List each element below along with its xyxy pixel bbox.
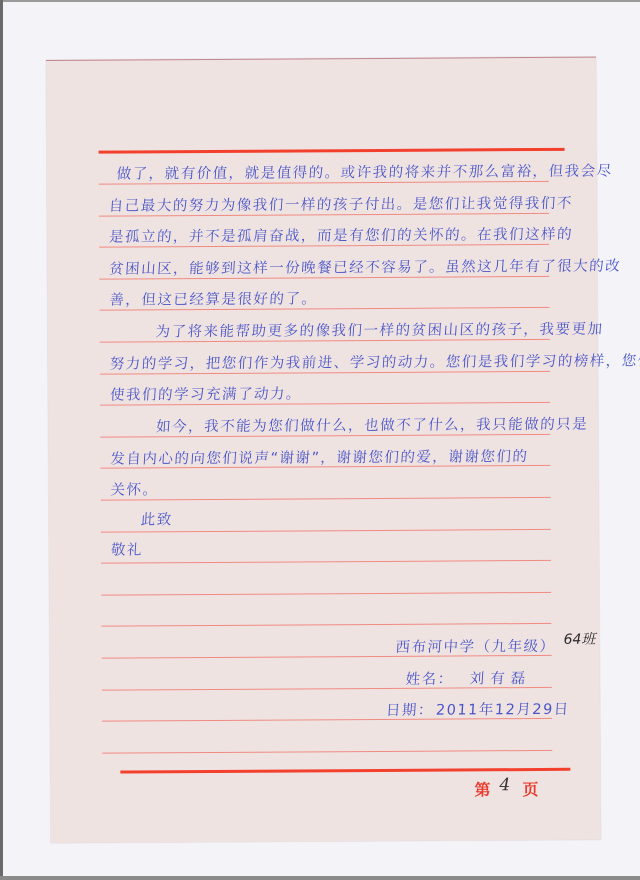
ruled-line [101,623,551,627]
letter-line-10: 发自内心的向您们说声“谢谢”，谢谢您们的爱，谢谢您们的 [110,445,529,469]
letter-line-9: 如今，我不能为您们做什么，也做不了什么，我只能做的只是 [156,413,589,437]
signature-date-label: 日期： [385,699,434,720]
signature-class-note: 64班 [563,629,595,649]
letter-line-6: 为了将来能帮助更多的像我们一样的贫困山区的孩子，我要更加 [155,318,604,342]
letter-line-8: 使我们的学习充满了动力。 [109,382,302,404]
closing-regards: 敬礼 [110,538,143,559]
letter-line-1: 做了，就有价值，就是值得的。或许我的将来并不那么富裕，但我会尽 [116,160,613,184]
ruled-line [101,497,551,501]
scan-edge-left [0,0,3,880]
footer-rule [120,768,570,774]
letter-line-2: 自己最大的努力为像我们一样的孩子付出。是您们让我觉得我们不 [108,192,573,216]
letter-paper: 做了，就有价值，就是值得的。或许我的将来并不那么富裕，但我会尽 自己最大的努力为… [46,57,601,843]
letter-line-4: 贫困山区，能够到这样一份晚餐已经不容易了。虽然这几年有了很大的改 [109,254,622,278]
page-label-suffix: 页 [522,777,538,800]
letter-line-11: 关怀。 [110,478,159,499]
ruled-line [101,592,551,596]
letter-line-3: 是孤立的，并不是孤肩奋战，而是有您们的关怀的。在我们这样的 [108,223,573,247]
page-number: 4 [499,775,510,795]
header-rule [99,148,565,154]
closing-salutation: 此致 [140,508,173,529]
ruled-line [101,560,551,564]
page-label-prefix: 第 [474,777,490,800]
paper-edge [46,57,596,61]
signature-name-label: 姓名： [405,668,454,689]
scan-edge-top [0,0,640,2]
ruled-line [102,750,552,754]
signature-name: 刘有磊 [469,667,532,688]
signature-school: 西布河中学（九年级） [395,635,556,657]
letter-line-7: 努力的学习，把您们作为我前进、学习的动力。您们是我们学习的榜样，您们 [109,349,640,373]
signature-date: 2011年12月29日 [435,698,570,720]
scan-edge-bottom [0,876,640,880]
letter-line-5: 善，但这已经算是很好的了。 [109,287,318,309]
